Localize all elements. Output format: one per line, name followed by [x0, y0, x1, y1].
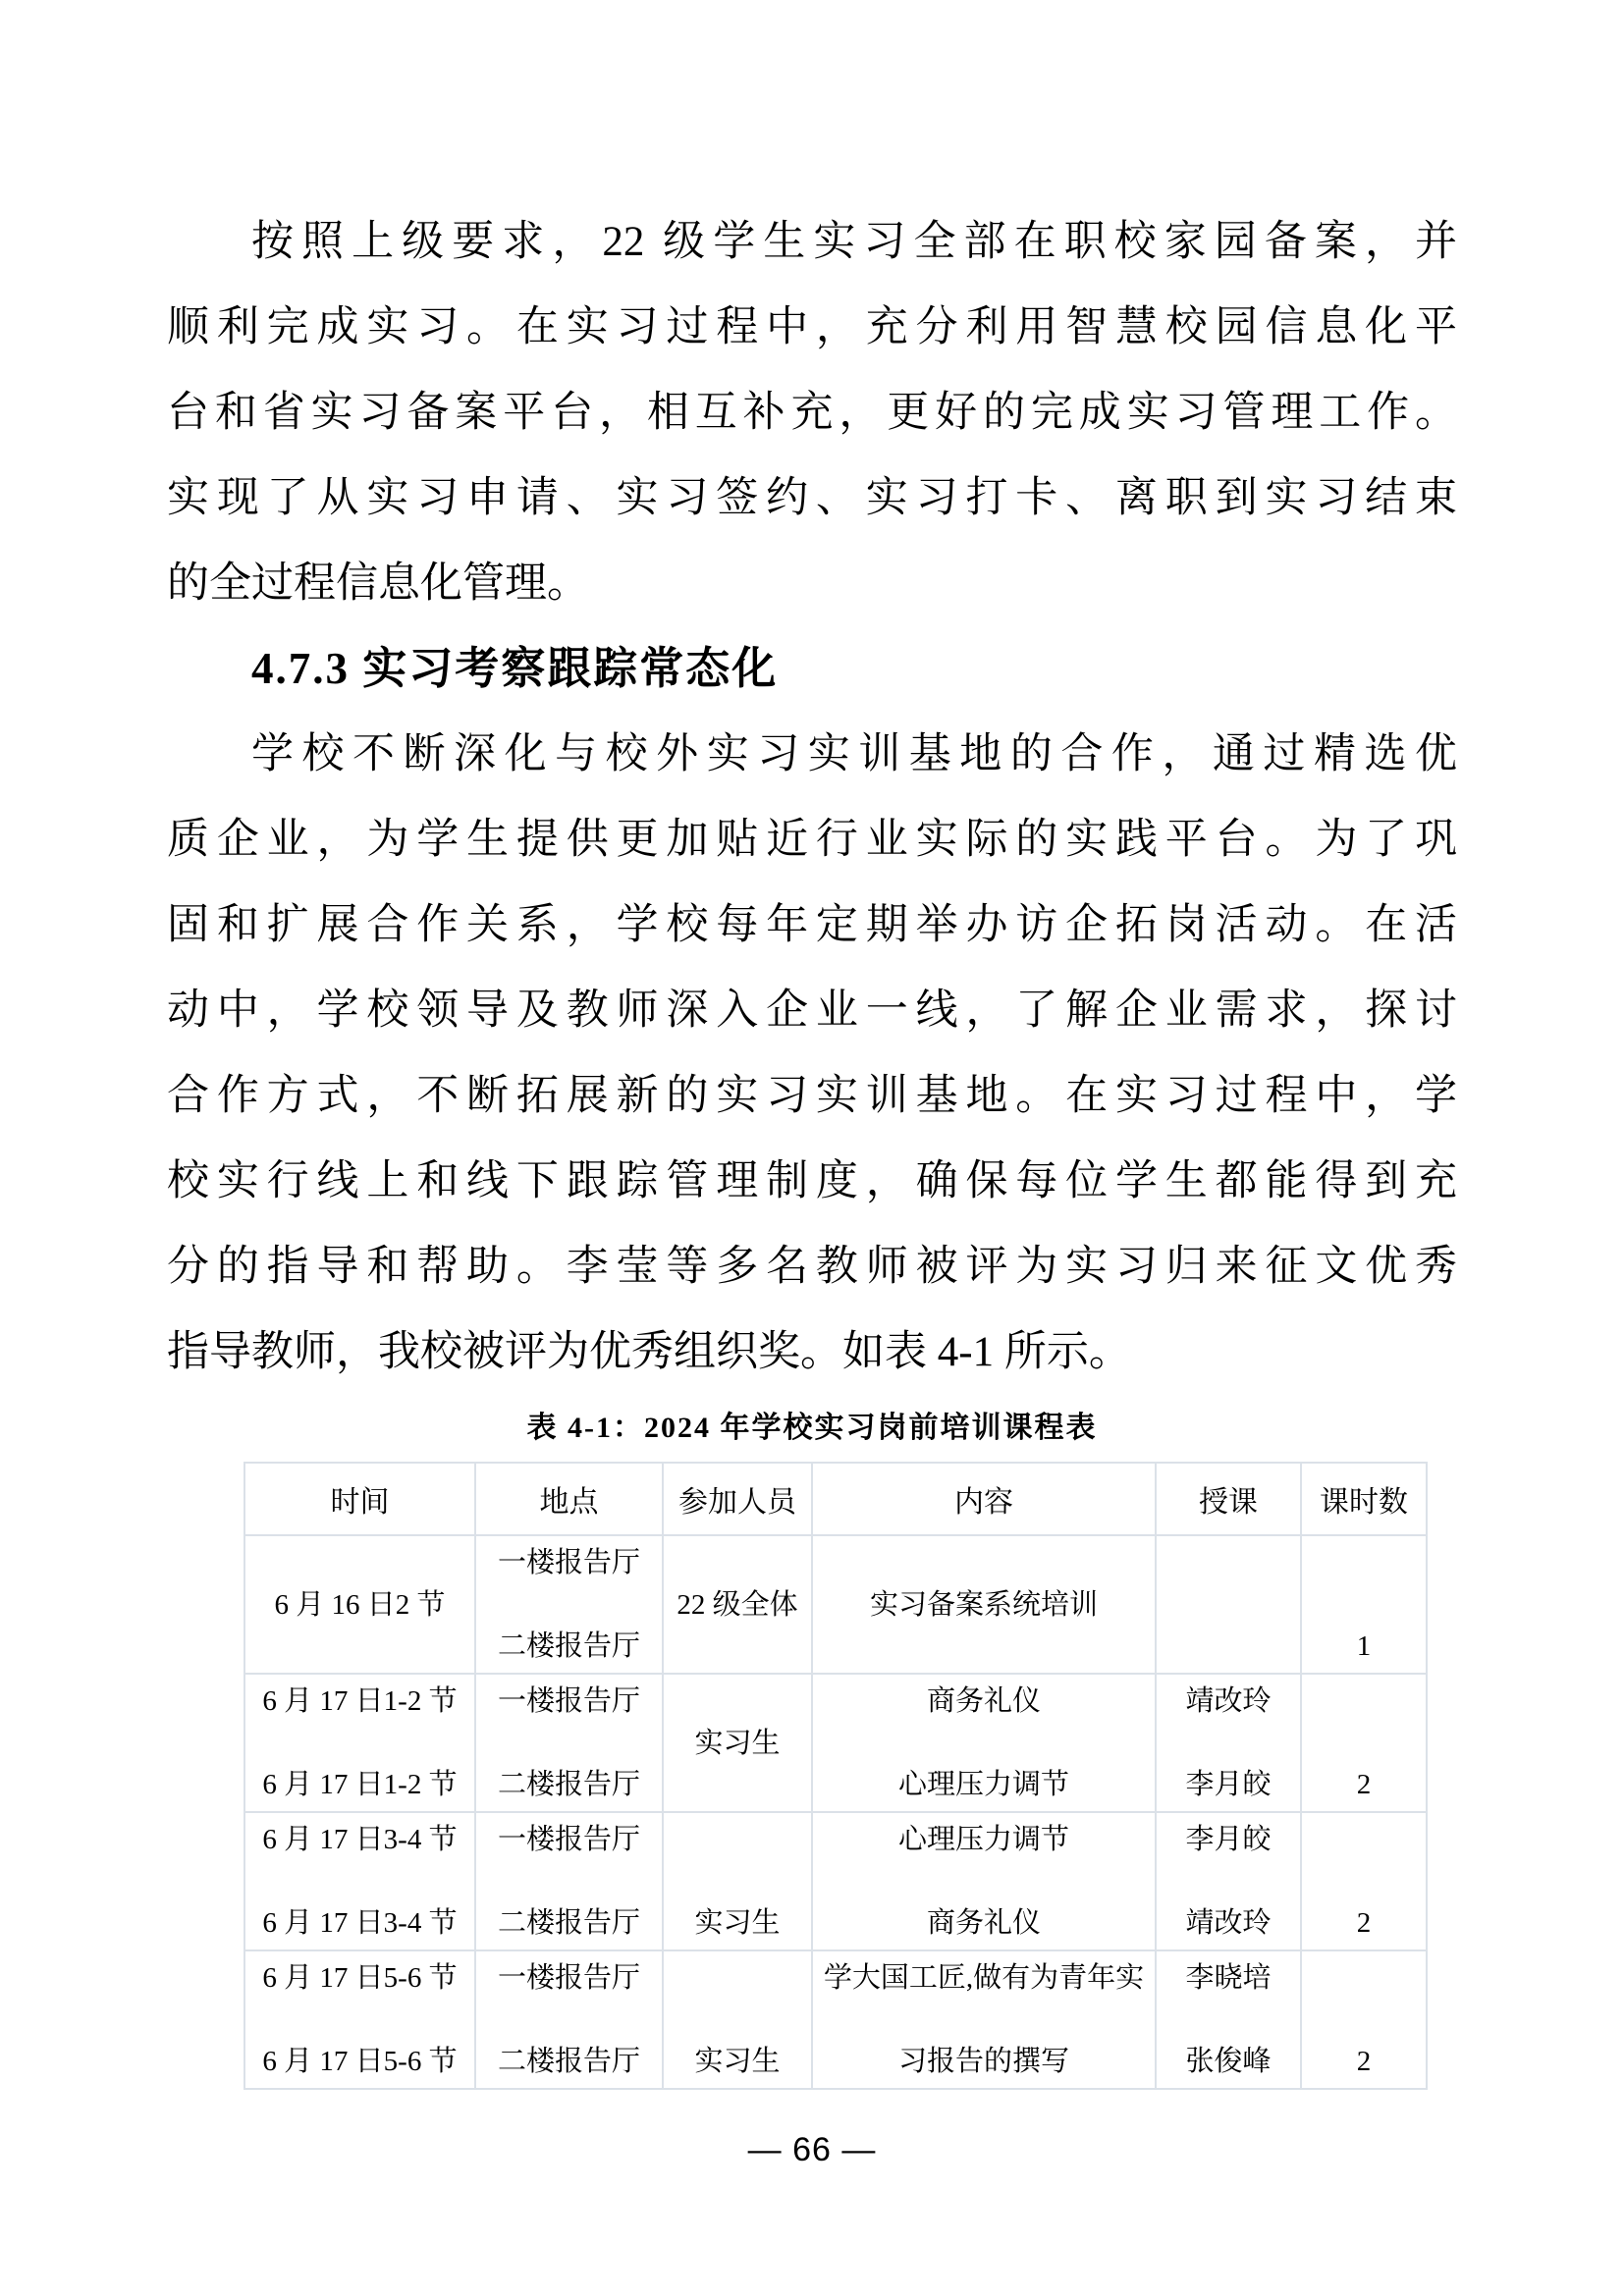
cell-text: 李晓培: [1161, 1959, 1296, 1997]
cell-text: 6 月 17 日1-2 节: [249, 1682, 470, 1720]
document-content: 按照上级要求，22 级学生实习全部在职校家园备案，并顺利完成实习。在实习过程中，…: [167, 199, 1457, 2090]
table-header-cell: 地点: [475, 1463, 663, 1535]
table-cell: 6 月 17 日1-2 节6 月 17 日1-2 节: [244, 1674, 475, 1812]
text-line: 质企业，为学生提供更加贴近行业实际的实践平台。为了巩: [167, 797, 1457, 882]
cell-text: 学大国工匠,做有为青年实: [817, 1959, 1151, 1997]
table-cell: 李晓培张俊峰: [1156, 1950, 1301, 2089]
table-cell: 商务礼仪心理压力调节: [812, 1674, 1156, 1812]
table-cell: 2: [1301, 1812, 1427, 1950]
table-cell: 实习生: [663, 1674, 812, 1812]
table-header-cell: 授课: [1156, 1463, 1301, 1535]
cell-text: 实习生: [668, 2043, 807, 2080]
table-cell: [1156, 1535, 1301, 1674]
table-cell-content: 实习生: [664, 1675, 811, 1811]
text-line: 校实行线上和线下跟踪管理制度，确保每位学生都能得到充: [167, 1139, 1457, 1224]
text-line: 指导教师，我校被评为优秀组织奖。如表 4-1 所示。: [167, 1309, 1457, 1395]
text-line: 按照上级要求，22 级学生实习全部在职校家园备案，并: [167, 199, 1457, 285]
table-cell: 实习生: [663, 1950, 812, 2089]
table-cell-content: 商务礼仪心理压力调节: [813, 1675, 1155, 1811]
cell-text: 6 月 17 日5-6 节: [249, 2043, 470, 2080]
table-cell-content: 6 月 17 日3-4 节6 月 17 日3-4 节: [245, 1813, 474, 1949]
text-line: 实现了从实习申请、实习签约、实习打卡、离职到实习结束: [167, 455, 1457, 541]
table-cell: 李月皎靖改玲: [1156, 1812, 1301, 1950]
table-row: 6 月 16 日2 节一楼报告厅二楼报告厅22 级全体实习备案系统培训1: [244, 1535, 1427, 1674]
text-line: 4.7.3 实习考察跟踪常态化: [167, 626, 1457, 712]
cell-text: 2: [1306, 1904, 1422, 1942]
page-number: — 66 —: [748, 2131, 877, 2168]
cell-text: 二楼报告厅: [480, 1766, 658, 1803]
cell-text: 二楼报告厅: [480, 1628, 658, 1665]
paragraph: 学校不断深化与校外实习实训基地的合作，通过精选优质企业，为学生提供更加贴近行业实…: [167, 712, 1457, 1395]
page-footer: — 66 —: [0, 2128, 1624, 2171]
table-cell: 2: [1301, 1950, 1427, 2089]
table-cell-content: 6 月 17 日5-6 节6 月 17 日5-6 节: [245, 1951, 474, 2088]
cell-text: 一楼报告厅: [480, 1544, 658, 1581]
cell-text: 二楼报告厅: [480, 1904, 658, 1942]
cell-text: 2: [1306, 1766, 1422, 1803]
table-cell-content: 6 月 16 日2 节: [245, 1536, 474, 1673]
table-header-cell: 内容: [812, 1463, 1156, 1535]
cell-text: 二楼报告厅: [480, 2043, 658, 2080]
cell-text: 心理压力调节: [817, 1821, 1151, 1858]
table-cell-content: 一楼报告厅二楼报告厅: [476, 1675, 662, 1811]
cell-text: 一楼报告厅: [480, 1821, 658, 1858]
table-cell-content: 22 级全体: [664, 1536, 811, 1673]
table-cell: 学大国工匠,做有为青年实习报告的撰写: [812, 1950, 1156, 2089]
text-line: 分的指导和帮助。李莹等多名教师被评为实习归来征文优秀: [167, 1224, 1457, 1309]
table-cell-content: [1157, 1536, 1300, 1673]
table-cell-content: 实习备案系统培训: [813, 1536, 1155, 1673]
table-cell-content: 实习生: [664, 1951, 811, 2088]
table-row: 6 月 17 日3-4 节6 月 17 日3-4 节一楼报告厅二楼报告厅实习生心…: [244, 1812, 1427, 1950]
text-line: 顺利完成实习。在实习过程中，充分利用智慧校园信息化平: [167, 285, 1457, 370]
text-line: 动中，学校领导及教师深入企业一线，了解企业需求，探讨: [167, 968, 1457, 1053]
text-line: 固和扩展合作关系，学校每年定期举办访企拓岗活动。在活: [167, 882, 1457, 968]
cell-text: 6 月 16 日2 节: [249, 1586, 470, 1624]
cell-text: 习报告的撰写: [817, 2043, 1151, 2080]
cell-text: 6 月 17 日3-4 节: [249, 1821, 470, 1858]
text-line: 台和省实习备案平台，相互补充，更好的完成实习管理工作。: [167, 370, 1457, 455]
cell-text: 22 级全体: [668, 1586, 807, 1624]
text-line: 合作方式，不断拓展新的实习实训基地。在实习过程中，学: [167, 1053, 1457, 1139]
table-cell: 靖改玲李月皎: [1156, 1674, 1301, 1812]
table-header-cell: 参加人员: [663, 1463, 812, 1535]
paragraph-area: 按照上级要求，22 级学生实习全部在职校家园备案，并顺利完成实习。在实习过程中，…: [167, 199, 1457, 1395]
paragraph: 按照上级要求，22 级学生实习全部在职校家园备案，并顺利完成实习。在实习过程中，…: [167, 199, 1457, 626]
cell-text: 一楼报告厅: [480, 1959, 658, 1997]
cell-text: 商务礼仪: [817, 1904, 1151, 1942]
table-cell: 22 级全体: [663, 1535, 812, 1674]
training-schedule-table: 时间地点参加人员内容授课课时数 6 月 16 日2 节一楼报告厅二楼报告厅22 …: [244, 1462, 1428, 2090]
table-cell-content: 实习生: [664, 1813, 811, 1949]
table-cell-content: 1: [1302, 1536, 1426, 1673]
cell-text: 张俊峰: [1161, 2043, 1296, 2080]
table-header-cell: 课时数: [1301, 1463, 1427, 1535]
cell-text: 2: [1306, 2043, 1422, 2080]
table-cell: 一楼报告厅二楼报告厅: [475, 1674, 663, 1812]
text-line: 学校不断深化与校外实习实训基地的合作，通过精选优: [167, 712, 1457, 797]
table-cell: 心理压力调节商务礼仪: [812, 1812, 1156, 1950]
document-page: 按照上级要求，22 级学生实习全部在职校家园备案，并顺利完成实习。在实习过程中，…: [0, 0, 1624, 2296]
table-cell: 2: [1301, 1674, 1427, 1812]
table-row: 6 月 17 日5-6 节6 月 17 日5-6 节一楼报告厅二楼报告厅实习生学…: [244, 1950, 1427, 2089]
cell-text: 商务礼仪: [817, 1682, 1151, 1720]
cell-text: 实习生: [668, 1725, 807, 1762]
table-cell-content: 一楼报告厅二楼报告厅: [476, 1951, 662, 2088]
table-cell-content: 2: [1302, 1675, 1426, 1811]
table-cell: 一楼报告厅二楼报告厅: [475, 1950, 663, 2089]
table-cell-content: 6 月 17 日1-2 节6 月 17 日1-2 节: [245, 1675, 474, 1811]
table-cell: 一楼报告厅二楼报告厅: [475, 1535, 663, 1674]
table-cell-content: 一楼报告厅二楼报告厅: [476, 1813, 662, 1949]
cell-text: 靖改玲: [1161, 1682, 1296, 1720]
table-cell-content: 2: [1302, 1813, 1426, 1949]
table-cell: 1: [1301, 1535, 1427, 1674]
table-cell-content: 李晓培张俊峰: [1157, 1951, 1300, 2088]
cell-text: 6 月 17 日5-6 节: [249, 1959, 470, 1997]
table-header-row: 时间地点参加人员内容授课课时数: [244, 1463, 1427, 1535]
table-cell-content: 李月皎靖改玲: [1157, 1813, 1300, 1949]
table-cell: 实习备案系统培训: [812, 1535, 1156, 1674]
cell-text: 6 月 17 日3-4 节: [249, 1904, 470, 1942]
table-cell: 6 月 17 日3-4 节6 月 17 日3-4 节: [244, 1812, 475, 1950]
cell-text: 李月皎: [1161, 1821, 1296, 1858]
table-cell-content: 心理压力调节商务礼仪: [813, 1813, 1155, 1949]
paragraph: 4.7.3 实习考察跟踪常态化: [167, 626, 1457, 712]
cell-text: 一楼报告厅: [480, 1682, 658, 1720]
cell-text: 靖改玲: [1161, 1904, 1296, 1942]
table-header-cell: 时间: [244, 1463, 475, 1535]
table-cell: 实习生: [663, 1812, 812, 1950]
table-cell-content: 学大国工匠,做有为青年实习报告的撰写: [813, 1951, 1155, 2088]
table-cell: 6 月 17 日5-6 节6 月 17 日5-6 节: [244, 1950, 475, 2089]
cell-text: 心理压力调节: [817, 1766, 1151, 1803]
text-line: 的全过程信息化管理。: [167, 541, 1457, 626]
cell-text: 1: [1306, 1628, 1422, 1665]
table-cell-content: 2: [1302, 1951, 1426, 2088]
table-caption: 表 4-1：2024 年学校实习岗前培训课程表: [167, 1395, 1457, 1462]
table-cell-content: 靖改玲李月皎: [1157, 1675, 1300, 1811]
cell-text: 实习生: [668, 1904, 807, 1942]
cell-text: 实习备案系统培训: [817, 1586, 1151, 1624]
table-cell: 6 月 16 日2 节: [244, 1535, 475, 1674]
table-cell-content: 一楼报告厅二楼报告厅: [476, 1536, 662, 1673]
table-cell: 一楼报告厅二楼报告厅: [475, 1812, 663, 1950]
cell-text: 6 月 17 日1-2 节: [249, 1766, 470, 1803]
table-row: 6 月 17 日1-2 节6 月 17 日1-2 节一楼报告厅二楼报告厅实习生商…: [244, 1674, 1427, 1812]
cell-text: 李月皎: [1161, 1766, 1296, 1803]
